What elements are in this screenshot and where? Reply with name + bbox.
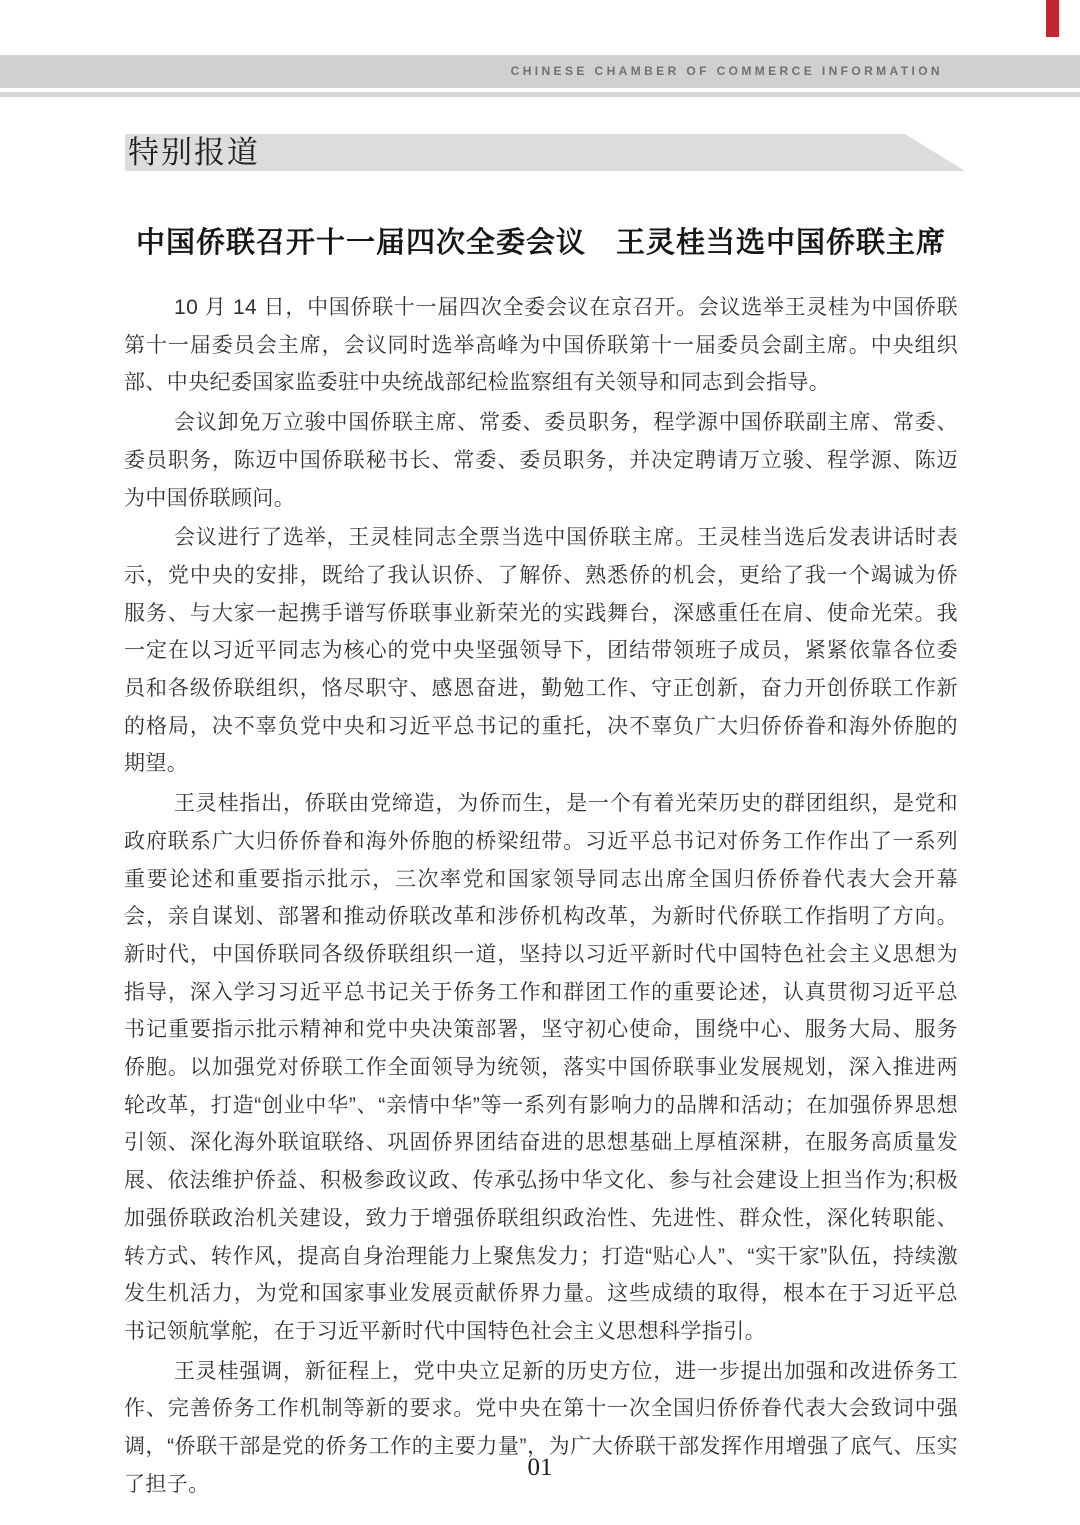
document-page: CHINESE CHAMBER OF COMMERCE INFORMATION … [0, 0, 1080, 1525]
article-paragraph: 会议卸免万立骏中国侨联主席、常委、委员职务，程学源中国侨联副主席、常委、委员职务… [124, 404, 958, 517]
article-body: 10 月 14 日，中国侨联十一届四次全委会议在京召开。会议选举王灵桂为中国侨联… [124, 289, 958, 1504]
red-corner-mark [1046, 0, 1059, 37]
article-paragraph: 王灵桂指出，侨联由党缔造，为侨而生，是一个有着光荣历史的群团组织，是党和政府联系… [124, 785, 958, 1351]
article-title: 中国侨联召开十一届四次全委会议 王灵桂当选中国侨联主席 [124, 226, 958, 261]
article-paragraph: 10 月 14 日，中国侨联十一届四次全委会议在京召开。会议选举王灵桂为中国侨联… [124, 289, 958, 402]
page-number: 01 [0, 1454, 1080, 1482]
header-band: CHINESE CHAMBER OF COMMERCE INFORMATION [0, 55, 1080, 88]
section-header-band: 特别报道 [125, 134, 965, 171]
article: 中国侨联召开十一届四次全委会议 王灵桂当选中国侨联主席 10 月 14 日，中国… [124, 226, 958, 1506]
header-band-text: CHINESE CHAMBER OF COMMERCE INFORMATION [511, 55, 943, 88]
header-divider-rule [0, 92, 1080, 97]
section-header-label: 特别报道 [125, 134, 965, 172]
article-paragraph: 会议进行了选举，王灵桂同志全票当选中国侨联主席。王灵桂当选后发表讲话时表示，党中… [124, 519, 958, 783]
